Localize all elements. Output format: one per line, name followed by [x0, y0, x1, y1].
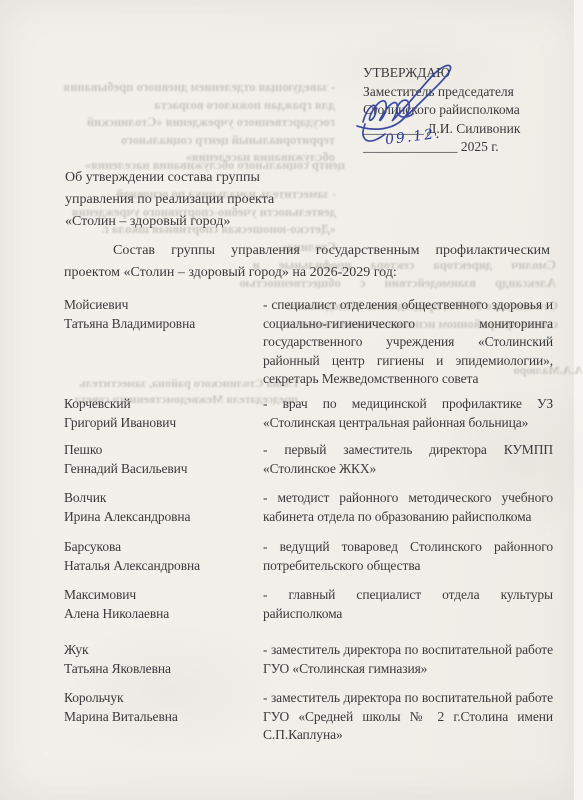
member-given-name: Ирина Александровна: [64, 508, 263, 527]
member-surname: Мойсиевич: [64, 296, 263, 315]
member-entry: Волчик Ирина Александровна - методист ра…: [64, 489, 553, 526]
member-given-name: Марина Витальевна: [64, 708, 263, 727]
member-surname: Барсукова: [64, 538, 263, 557]
bleedthrough-text: - заведующая отделением дневного пребыва…: [5, 79, 335, 167]
member-name: Мойсиевич Татьяна Владимировна: [64, 296, 263, 389]
intro-paragraph: Состав группы управления государственным…: [64, 240, 550, 283]
member-name: Барсукова Наталья Александровна: [64, 538, 263, 575]
member-role: - специалист отделения общественного здо…: [263, 296, 553, 389]
member-role: - методист районного методического учебн…: [263, 489, 553, 526]
member-surname: Корчевский: [64, 395, 263, 414]
title-line: Об утверждении состава группы: [65, 167, 274, 189]
member-given-name: Татьяна Владимировна: [64, 315, 263, 334]
member-name: Пешко Геннадий Васильевич: [64, 441, 263, 478]
member-entry: Корольчук Марина Витальевна - заместител…: [64, 689, 553, 745]
member-entry: Максимович Алена Николаевна - главный сп…: [64, 586, 553, 623]
title-line: «Столин – здоровый город»: [65, 211, 274, 233]
member-role: - первый заместитель директора КУМПП «Ст…: [263, 441, 553, 478]
member-given-name: Алена Николаевна: [64, 605, 263, 624]
document-title: Об утверждении состава группы управления…: [65, 167, 274, 233]
member-name: Корчевский Григорий Иванович: [64, 395, 263, 432]
member-surname: Пешко: [64, 441, 263, 460]
scan-edge-strip: [574, 0, 583, 800]
member-given-name: Геннадий Васильевич: [64, 460, 263, 479]
member-role: - врач по медицинской профилактике УЗ «С…: [263, 395, 553, 432]
member-role: - заместитель директора по воспитательно…: [263, 689, 553, 745]
member-entry: Пешко Геннадий Васильевич - первый замес…: [64, 441, 553, 478]
scanned-document-page: - заведующая отделением дневного пребыва…: [0, 0, 583, 800]
member-surname: Жук: [64, 641, 263, 660]
member-name: Волчик Ирина Александровна: [64, 489, 263, 526]
title-line: управления по реализации проекта: [65, 189, 274, 211]
member-surname: Волчик: [64, 489, 263, 508]
member-name: Максимович Алена Николаевна: [64, 586, 263, 623]
member-given-name: Татьяна Яковлевна: [64, 660, 263, 679]
member-entry: Корчевский Григорий Иванович - врач по м…: [64, 395, 553, 432]
member-entry: Мойсиевич Татьяна Владимировна - специал…: [64, 296, 553, 389]
member-surname: Корольчук: [64, 689, 263, 708]
member-role: - главный специалист отдела культуры рай…: [263, 586, 553, 623]
member-role: - заместитель директора по воспитательно…: [263, 641, 553, 678]
member-role: - ведущий товаровед Столинского районног…: [263, 538, 553, 575]
member-name: Корольчук Марина Витальевна: [64, 689, 263, 745]
member-surname: Максимович: [64, 586, 263, 605]
member-given-name: Григорий Иванович: [64, 414, 263, 433]
member-entry: Жук Татьяна Яковлевна - заместитель дире…: [64, 641, 553, 678]
member-entry: Барсукова Наталья Александровна - ведущи…: [64, 538, 553, 575]
member-name: Жук Татьяна Яковлевна: [64, 641, 263, 678]
member-given-name: Наталья Александровна: [64, 557, 263, 576]
